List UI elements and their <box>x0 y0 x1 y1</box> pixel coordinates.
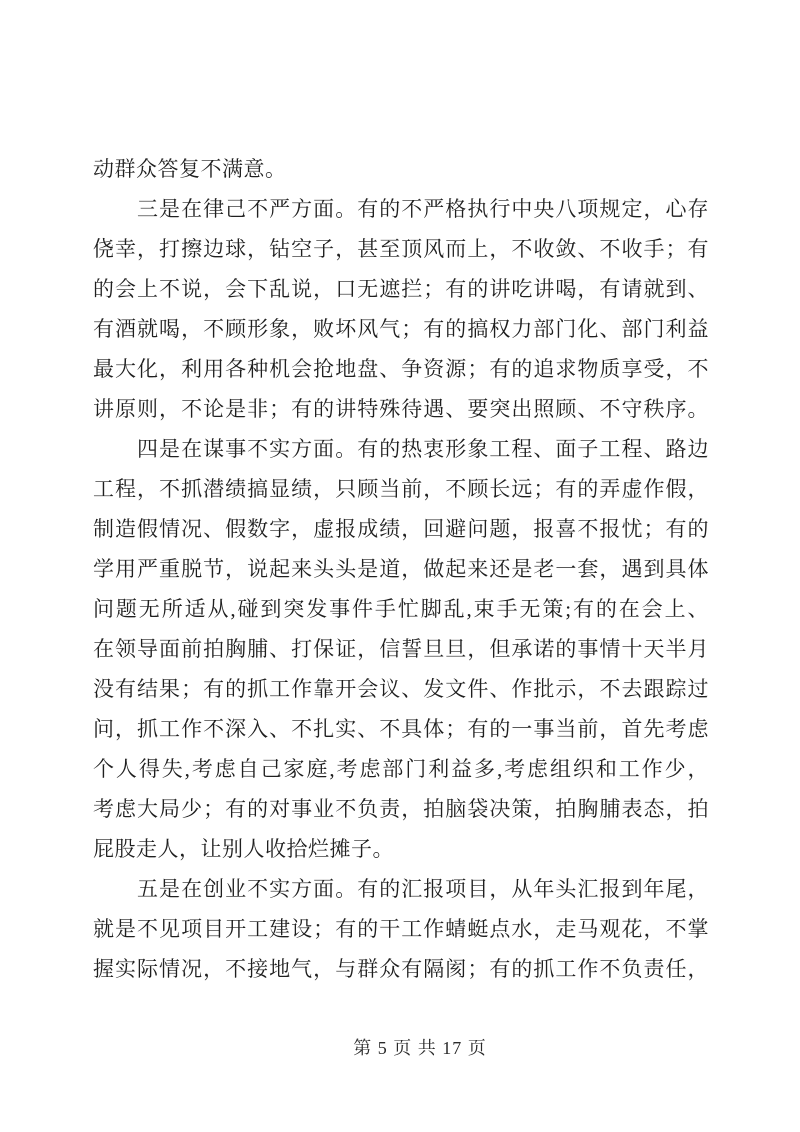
text-line: 考虑大局少；有的对事业不负责，拍脑袋决策，拍胸脯表态，拍 <box>93 789 709 829</box>
text-line: 问题无所适从,碰到突发事件手忙脚乱,束手无策;有的在会上、 <box>93 589 709 629</box>
text-line-paragraph-start: 三是在律己不严方面。有的不严格执行中央八项规定，心存 <box>93 189 709 229</box>
text-line-paragraph-start: 五是在创业不实方面。有的汇报项目，从年头汇报到年尾， <box>93 869 709 909</box>
text-line: 学用严重脱节，说起来头头是道，做起来还是老一套，遇到具体 <box>93 549 709 589</box>
text-line: 就是不见项目开工建设；有的干工作蜻蜓点水，走马观花，不掌 <box>93 909 709 949</box>
text-line: 动群众答复不满意。 <box>93 149 709 189</box>
text-line: 屁股走人，让别人收拾烂摊子。 <box>93 829 709 869</box>
text-line: 个人得失,考虑自己家庭,考虑部门利益多,考虑组织和工作少， <box>93 749 709 789</box>
text-line: 讲原则，不论是非；有的讲特殊待遇、要突出照顾、不守秩序。 <box>93 389 709 429</box>
text-line: 工程，不抓潜绩搞显绩，只顾当前，不顾长远；有的弄虚作假， <box>93 469 709 509</box>
text-line: 握实际情况，不接地气，与群众有隔阂；有的抓工作不负责任， <box>93 949 709 989</box>
text-line: 有酒就喝，不顾形象，败坏风气；有的搞权力部门化、部门利益 <box>93 309 709 349</box>
text-line: 最大化，利用各种机会抢地盘、争资源；有的追求物质享受，不 <box>93 349 709 389</box>
text-line: 没有结果；有的抓工作靠开会议、发文件、作批示，不去跟踪过 <box>93 669 709 709</box>
text-line: 问，抓工作不深入、不扎实、不具体；有的一事当前，首先考虑 <box>93 709 709 749</box>
page-number-footer: 第 5 页 共 17 页 <box>0 1036 800 1060</box>
text-line: 侥幸，打擦边球，钻空子，甚至顶风而上，不收敛、不收手；有 <box>93 229 709 269</box>
document-page: 动群众答复不满意。 三是在律己不严方面。有的不严格执行中央八项规定，心存 侥幸，… <box>0 0 800 1132</box>
text-line: 的会上不说，会下乱说，口无遮拦；有的讲吃讲喝，有请就到、 <box>93 269 709 309</box>
document-text-block: 动群众答复不满意。 三是在律己不严方面。有的不严格执行中央八项规定，心存 侥幸，… <box>93 149 709 989</box>
text-line: 在领导面前拍胸脯、打保证，信誓旦旦，但承诺的事情十天半月 <box>93 629 709 669</box>
text-line: 制造假情况、假数字，虚报成绩，回避问题，报喜不报忧；有的 <box>93 509 709 549</box>
text-line-paragraph-start: 四是在谋事不实方面。有的热衷形象工程、面子工程、路边 <box>93 429 709 469</box>
